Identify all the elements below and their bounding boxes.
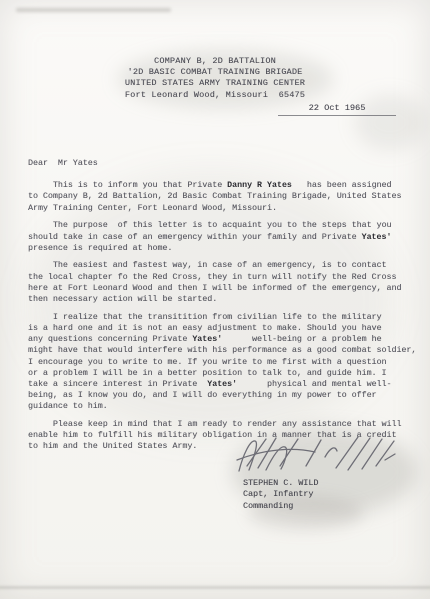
letterhead: COMPANY B, 2D BATTALION '2D BASIC COMBAT… [0, 56, 430, 101]
date-field: 22 Oct 1965 [278, 103, 396, 116]
letterhead-brigade-line: '2D BASIC COMBAT TRAINING BRIGADE [0, 67, 430, 78]
letterhead-unit-line: COMPANY B, 2D BATTALION [0, 56, 430, 67]
paragraph-transition: I realize that the transitition from civ… [28, 312, 424, 413]
handwritten-signature [235, 435, 403, 477]
scan-streak-top [16, 8, 171, 12]
filled-in-surname: Yates' [362, 233, 392, 242]
filled-in-surname: Yates' [207, 380, 237, 389]
salutation: Dear Mr Yates [28, 158, 424, 169]
paper-fold-edge [0, 586, 430, 589]
filled-in-surname: Yates' [192, 335, 222, 344]
paragraph-text: presence is required at home. [28, 244, 172, 253]
signature-block: STEPHEN C. WILD Capt, Infantry Commandin… [243, 435, 403, 512]
paragraph-text: This is to inform you that Private [28, 181, 227, 190]
signature-name: STEPHEN C. WILD [243, 478, 403, 489]
scanned-letter-page: COMPANY B, 2D BATTALION '2D BASIC COMBAT… [0, 0, 430, 599]
filled-in-private-name: Danny R Yates [227, 181, 292, 190]
letter-body: Dear Mr Yates This is to inform you that… [28, 158, 424, 459]
paragraph-red-cross: The easiest and fastest way, in case of … [28, 260, 424, 305]
paragraph-assignment: This is to inform you that Private Danny… [28, 180, 424, 214]
signature-title: Commanding [243, 501, 403, 512]
letterhead-address-line: Fort Leonard Wood, Missouri 65475 [0, 90, 430, 101]
paragraph-purpose: The purpose of this letter is to acquain… [28, 220, 424, 254]
letterhead-center-line: UNITED STATES ARMY TRAINING CENTER [0, 78, 430, 89]
signature-rank: Capt, Infantry [243, 489, 403, 500]
paragraph-text: The purpose of this letter is to acquain… [28, 221, 391, 241]
